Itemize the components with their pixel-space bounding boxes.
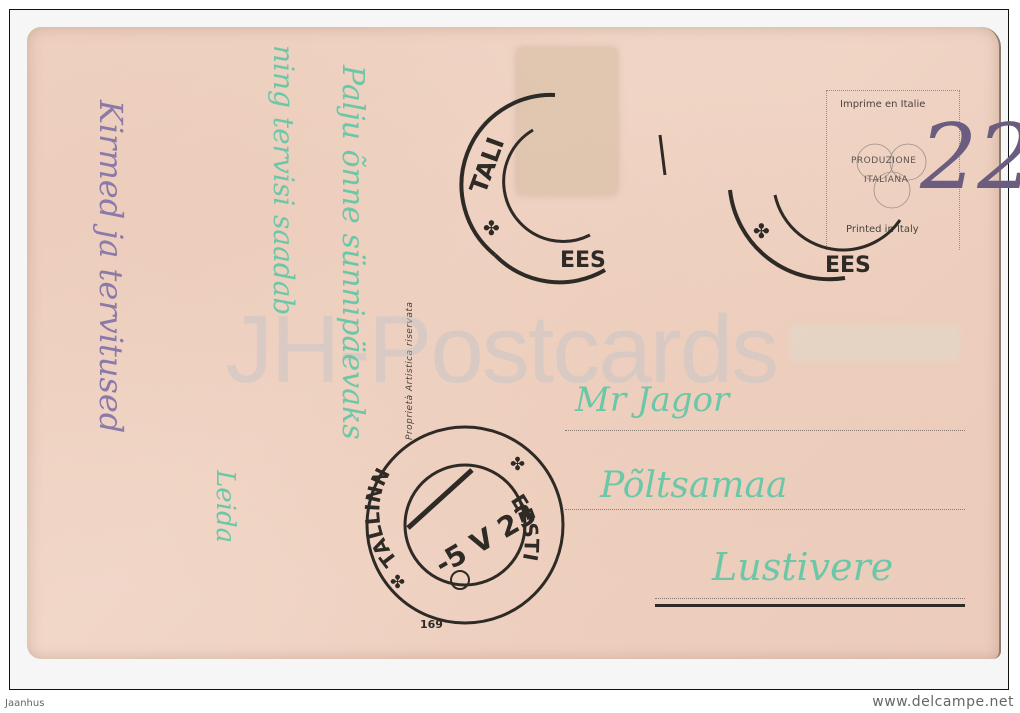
postmark-right-cancel: ✤ EES — [725, 160, 925, 290]
signature: Leida — [210, 470, 240, 543]
address-village: Lustivere — [712, 545, 893, 589]
svg-text:✤: ✤ — [390, 572, 405, 593]
address-line-2 — [565, 509, 965, 510]
pencil-number: 22 — [920, 105, 1020, 210]
postmark-serial: 169 — [420, 618, 443, 630]
address-line-3 — [655, 598, 965, 599]
blurred-region — [790, 325, 960, 361]
message-line-2: ning tervisi saadab — [267, 45, 300, 315]
pencil-note: Kirmed ja tervitused — [92, 100, 130, 433]
svg-text:TALLINN: TALLINN — [360, 464, 402, 572]
postmark-country-partial: EES — [825, 253, 871, 278]
address-name: Mr Jagor — [575, 380, 729, 420]
svg-text:✤: ✤ — [483, 216, 500, 240]
imprime-label: Imprime en Italie — [840, 99, 925, 110]
postmark-tallinn: TALLINN EESTI -5 V 23 ✤ ✤ 169 — [360, 420, 580, 630]
postmark-country-partial: EES — [560, 248, 606, 273]
address-line-1 — [565, 430, 965, 431]
svg-text:✤: ✤ — [753, 219, 770, 243]
message-line-1: Palju õnne sünnipäevaks — [335, 65, 370, 440]
site-url[interactable]: www.delcampe.net — [872, 694, 1014, 710]
address-town: Põltsamaa — [600, 465, 787, 506]
seller-name: Jaanhus — [5, 698, 44, 709]
svg-text:✤: ✤ — [510, 454, 525, 475]
address-underline — [655, 604, 965, 607]
postmark-city: TALLINN — [360, 464, 402, 572]
postmark-stamp-cancel: TALI EES ✤ — [455, 85, 675, 285]
